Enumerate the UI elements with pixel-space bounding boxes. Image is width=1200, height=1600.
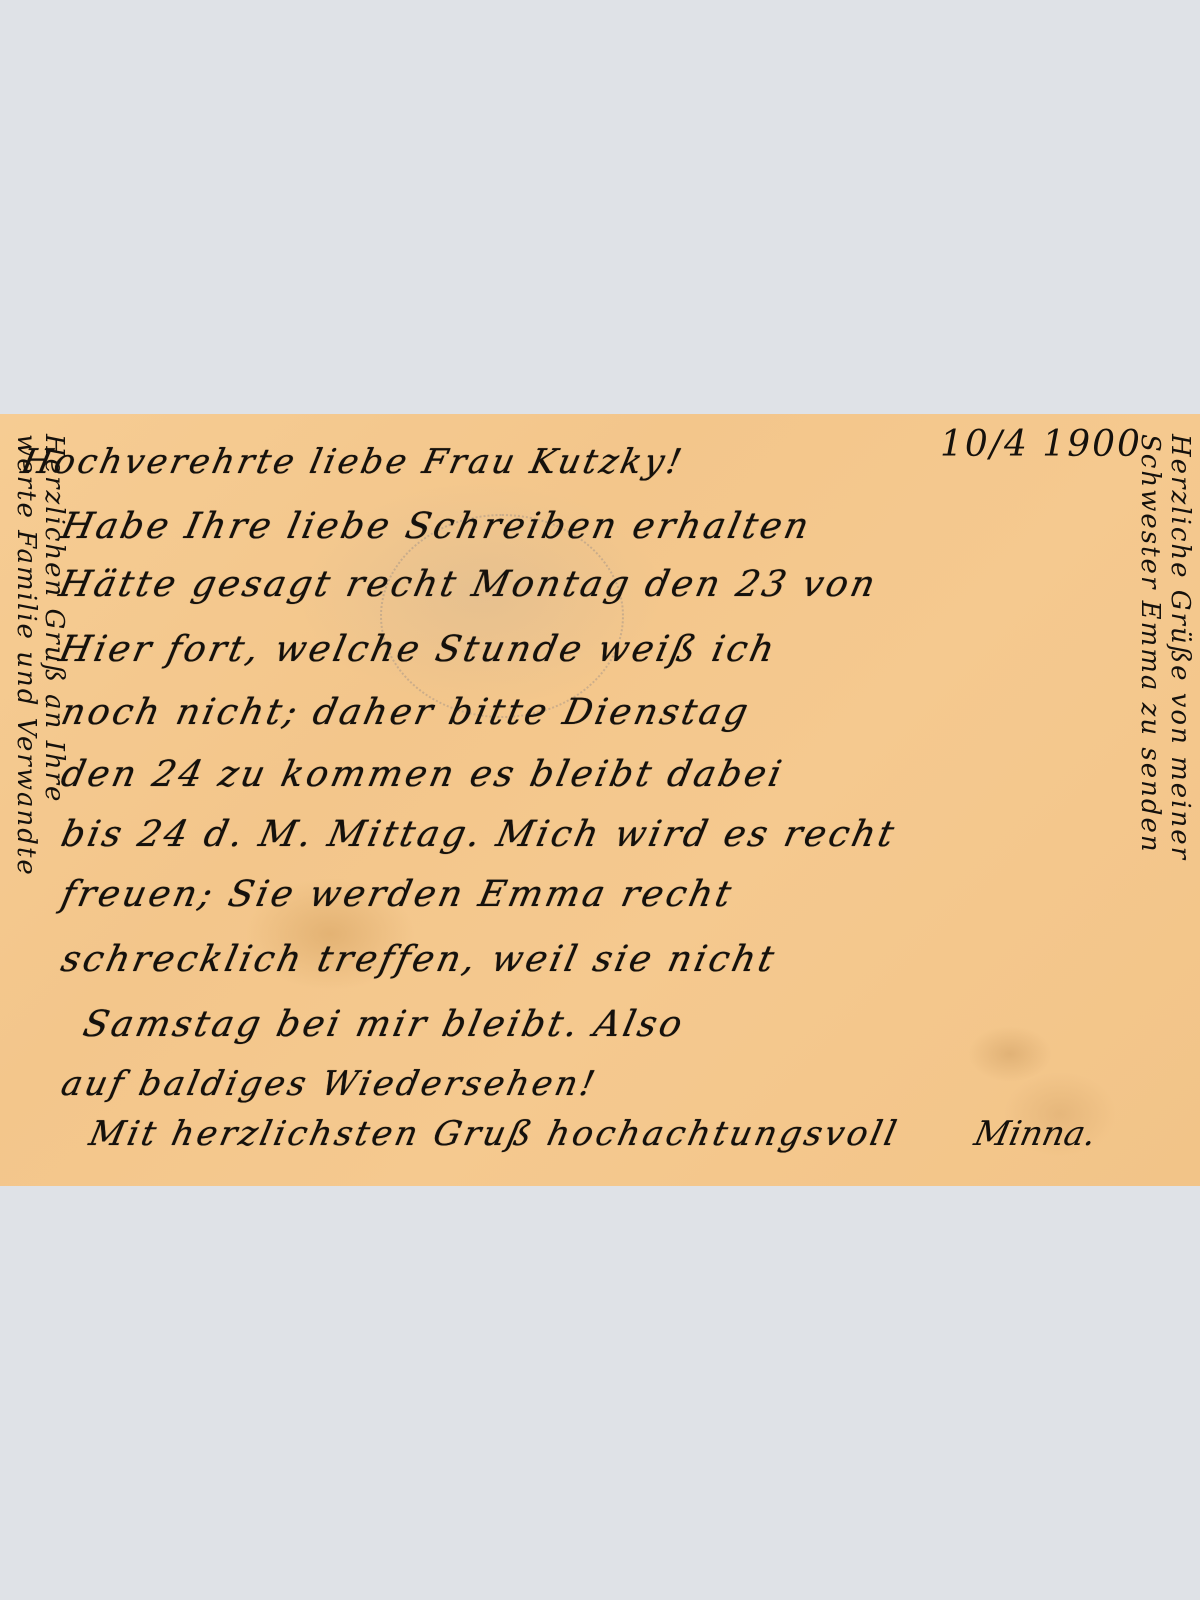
letter-line: bis 24 d. M. Mittag. Mich wird es recht: [58, 814, 901, 855]
letter-date: 10/4 1900: [940, 424, 1142, 465]
letter-line: Samstag bei mir bleibt. Also: [80, 1004, 689, 1045]
margin-note-line: werte Familie und Verwandte: [12, 434, 40, 1174]
letter-line-closing: Mit herzlichsten Gruß hochachtungsvoll: [86, 1114, 903, 1154]
letter-line: freuen; Sie werden Emma recht: [58, 874, 738, 915]
postcard: 10/4 1900 Hochverehrte liebe Frau Kutzky…: [0, 414, 1200, 1186]
left-margin-note: Herzlichen Gruß an Ihre werte Familie un…: [8, 434, 68, 1174]
right-margin-note: Herzliche Grüße von meiner Schwester Emm…: [1135, 434, 1195, 1174]
page: 10/4 1900 Hochverehrte liebe Frau Kutzky…: [0, 0, 1200, 1600]
signature: Minna.: [971, 1114, 1100, 1154]
letter-line: schrecklich treffen, weil sie nicht: [58, 939, 781, 980]
letter-line: Habe Ihre liebe Schreiben erhalten: [58, 506, 816, 547]
margin-note-line: Schwester Emma zu senden: [1135, 434, 1165, 1174]
margin-note-line: Herzliche Grüße von meiner: [1165, 434, 1195, 1174]
letter-line-salutation: Hochverehrte liebe Frau Kutzky!: [18, 442, 688, 482]
letter-line: den 24 zu kommen es bleibt dabei: [58, 754, 788, 795]
margin-note-line: Herzlichen Gruß an Ihre: [40, 434, 68, 1174]
letter-line: noch nicht; daher bitte Dienstag: [58, 692, 755, 733]
letter-line: auf baldiges Wiedersehen!: [58, 1064, 601, 1104]
letter-line: Hier fort, welche Stunde weiß ich: [56, 629, 781, 670]
letter-line: Hätte gesagt recht Montag den 23 von: [56, 564, 882, 605]
